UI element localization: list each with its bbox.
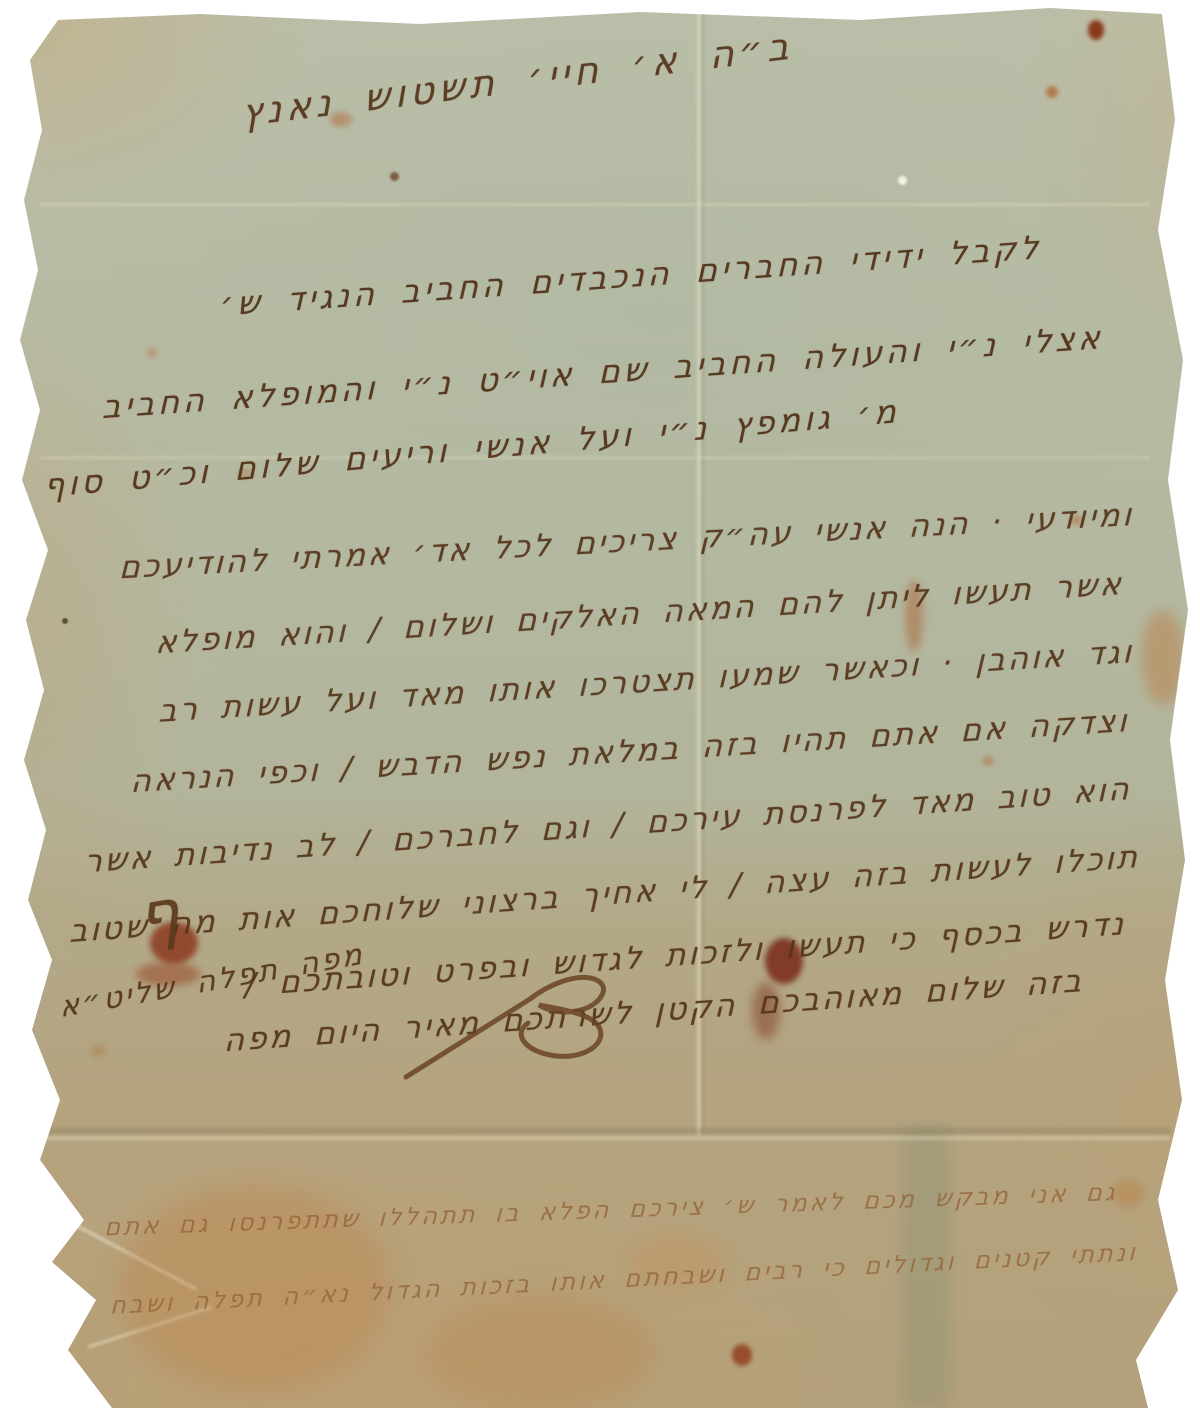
stain [425,1295,655,1408]
stain [982,756,994,766]
body-line: ומיודעי · הנה אנשי עה״ק צריכים לכל אד׳ א… [118,497,1135,586]
stain [732,1344,752,1366]
stain [1142,610,1184,705]
stain [1088,20,1104,40]
descender-flourish: ף [135,873,182,958]
stain [90,1045,106,1057]
stain [390,172,399,181]
stain [1046,86,1058,98]
manuscript-photo: ב״ה א׳ חיי׳ תשטוש נאנץ לקבל ידידי החברים… [0,0,1200,1408]
fold-line-horizontal-top [40,203,1150,206]
fold-line-horizontal-light [30,1136,1170,1140]
postscript-line: ונתתי קטנים וגדולים כי רבים ושבחתם אותו … [110,1238,1139,1320]
postscript-line: גם אני מבקש מכם לאמר ש׳ צירכם הפלא בו תת… [104,1178,1119,1241]
fold-line-horizontal [30,1128,1170,1134]
letter-paper: ב״ה א׳ חיי׳ תשטוש נאנץ לקבל ידידי החברים… [0,0,1200,1408]
salutation-line: לקבל ידידי החברים הנכבדים החביב הנגיד ש׳ [219,228,1043,324]
salutation-line: אצלי נ״י והעולה החביב שם אוי״ט נ״י והמופ… [102,318,1105,426]
stain [62,618,68,624]
paper-highlight [898,176,907,185]
dateline: ב״ה א׳ חיי׳ תשטוש נאנץ [242,24,794,135]
stain [146,348,158,358]
signature-flourish-icon [398,965,613,1083]
